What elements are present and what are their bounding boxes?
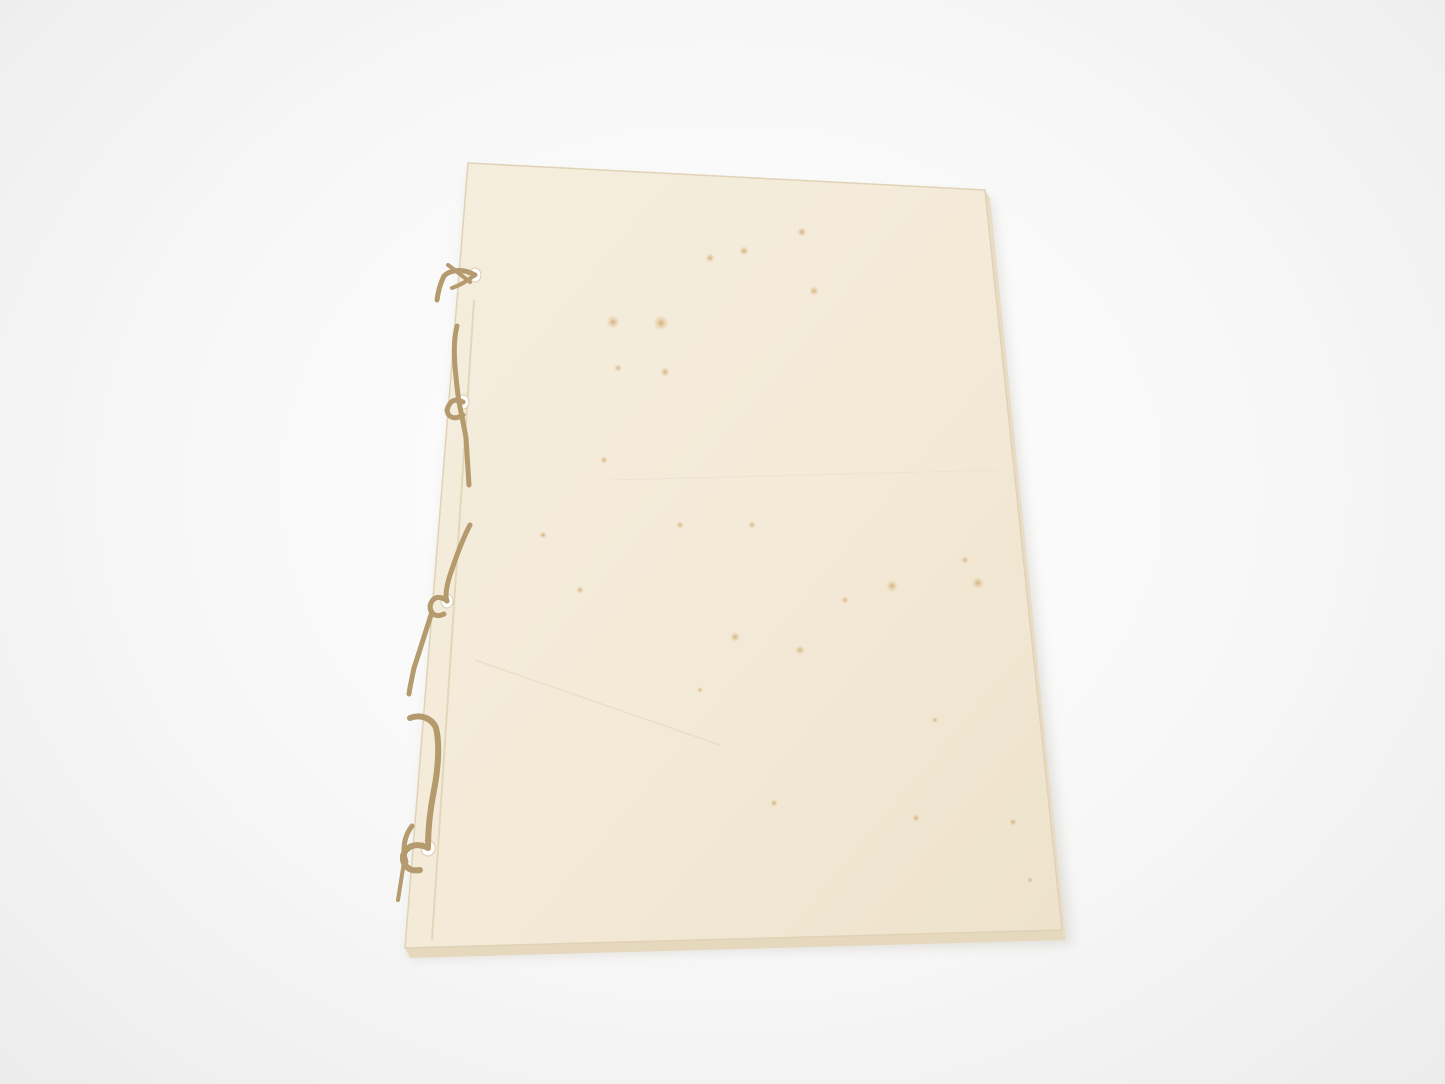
booklet-illustration [0,0,1445,1084]
string-bound-booklet [0,0,1445,1084]
booklet-cover [405,163,1062,948]
